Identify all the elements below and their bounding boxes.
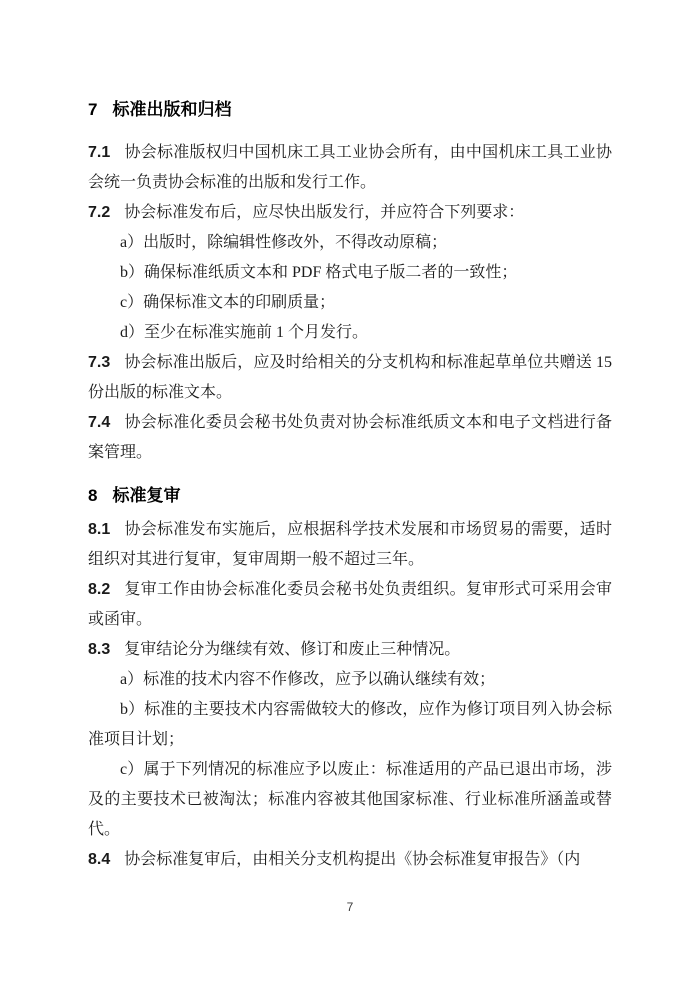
- page-content: 7标准出版和归档 7.1协会标准版权归中国机床工具工业协会所有，由中国机床工具工…: [88, 95, 612, 875]
- clause-8-1-number: 8.1: [88, 521, 110, 538]
- clause-8-2-text: 复审工作由协会标准化委员会秘书处负责组织。复审形式可采用会审或函审。: [88, 581, 612, 628]
- clause-8-4-text: 协会标准复审后，由相关分支机构提出《协会标准复审报告》（内: [124, 851, 580, 868]
- list-item-8-c-marker: c）: [120, 761, 143, 778]
- list-item-8-b: b）标准的主要技术内容需做较大的修改，应作为修订项目列入协会标准项目计划；: [88, 695, 612, 755]
- section-8-heading: 8标准复审: [88, 481, 612, 511]
- clause-7-3: 7.3协会标准出版后，应及时给相关的分支机构和标准起草单位共赠送 15 份出版的…: [88, 348, 612, 408]
- section-7-title: 标准出版和归档: [112, 100, 231, 119]
- clause-7-2-number: 7.2: [88, 204, 110, 221]
- clause-7-3-text: 协会标准出版后，应及时给相关的分支机构和标准起草单位共赠送 15 份出版的标准文…: [88, 354, 612, 401]
- list-item-a-text: 出版时，除编辑性修改外，不得改动原稿；: [143, 234, 447, 251]
- list-item-d-text: 至少在标准实施前 1 个月发行。: [144, 324, 368, 341]
- list-item-d-marker: d）: [120, 324, 144, 341]
- clause-8-2-number: 8.2: [88, 581, 110, 598]
- clause-8-4-number: 8.4: [88, 851, 110, 868]
- list-item-d: d）至少在标准实施前 1 个月发行。: [88, 318, 612, 348]
- list-item-a: a）出版时，除编辑性修改外，不得改动原稿；: [88, 228, 612, 258]
- clause-7-2: 7.2协会标准发布后，应尽快出版发行，并应符合下列要求：: [88, 198, 612, 228]
- clause-7-2-text: 协会标准发布后，应尽快出版发行，并应符合下列要求：: [124, 204, 524, 221]
- list-item-c: c）确保标准文本的印刷质量；: [88, 288, 612, 318]
- list-item-b: b）确保标准纸质文本和 PDF 格式电子版二者的一致性；: [88, 258, 612, 288]
- list-item-a-marker: a）: [120, 234, 143, 251]
- clause-8-1-text: 协会标准发布实施后，应根据科学技术发展和市场贸易的需要，适时组织对其进行复审，复…: [88, 521, 612, 568]
- clause-7-1: 7.1协会标准版权归中国机床工具工业协会所有，由中国机床工具工业协会统一负责协会…: [88, 138, 612, 198]
- list-item-8-b-text: 标准的主要技术内容需做较大的修改，应作为修订项目列入协会标准项目计划；: [88, 701, 612, 748]
- list-item-8-a-text: 标准的技术内容不作修改，应予以确认继续有效；: [143, 671, 495, 688]
- clause-7-1-text: 协会标准版权归中国机床工具工业协会所有，由中国机床工具工业协会统一负责协会标准的…: [88, 144, 612, 191]
- clause-7-4-number: 7.4: [88, 414, 110, 431]
- clause-7-1-number: 7.1: [88, 144, 110, 161]
- list-item-c-text: 确保标准文本的印刷质量；: [143, 294, 335, 311]
- list-item-8-a: a）标准的技术内容不作修改，应予以确认继续有效；: [88, 665, 612, 695]
- clause-7-3-number: 7.3: [88, 354, 110, 371]
- clause-8-3-text: 复审结论分为继续有效、修订和废止三种情况。: [124, 641, 460, 658]
- list-item-b-text: 确保标准纸质文本和 PDF 格式电子版二者的一致性；: [144, 264, 517, 281]
- clause-8-2: 8.2复审工作由协会标准化委员会秘书处负责组织。复审形式可采用会审或函审。: [88, 575, 612, 635]
- list-item-8-b-marker: b）: [120, 701, 144, 718]
- section-7-heading: 7标准出版和归档: [88, 95, 612, 125]
- section-8-number: 8: [88, 486, 97, 505]
- list-item-c-marker: c）: [120, 294, 143, 311]
- page-number: 7: [0, 898, 700, 916]
- list-item-8-c: c）属于下列情况的标准应予以废止：标准适用的产品已退出市场，涉及的主要技术已被淘…: [88, 755, 612, 845]
- list-item-8-a-marker: a）: [120, 671, 143, 688]
- clause-7-4: 7.4协会标准化委员会秘书处负责对协会标准纸质文本和电子文档进行备案管理。: [88, 408, 612, 468]
- clause-8-1: 8.1协会标准发布实施后，应根据科学技术发展和市场贸易的需要，适时组织对其进行复…: [88, 515, 612, 575]
- list-item-8-c-text: 属于下列情况的标准应予以废止：标准适用的产品已退出市场，涉及的主要技术已被淘汰；…: [88, 761, 612, 838]
- section-7-number: 7: [88, 100, 97, 119]
- clause-8-4: 8.4协会标准复审后，由相关分支机构提出《协会标准复审报告》（内: [88, 845, 612, 875]
- document-page: 7标准出版和归档 7.1协会标准版权归中国机床工具工业协会所有，由中国机床工具工…: [0, 0, 700, 990]
- clause-8-3: 8.3复审结论分为继续有效、修订和废止三种情况。: [88, 635, 612, 665]
- clause-8-3-number: 8.3: [88, 641, 110, 658]
- list-item-b-marker: b）: [120, 264, 144, 281]
- section-8-title: 标准复审: [112, 486, 180, 505]
- clause-7-4-text: 协会标准化委员会秘书处负责对协会标准纸质文本和电子文档进行备案管理。: [88, 414, 612, 461]
